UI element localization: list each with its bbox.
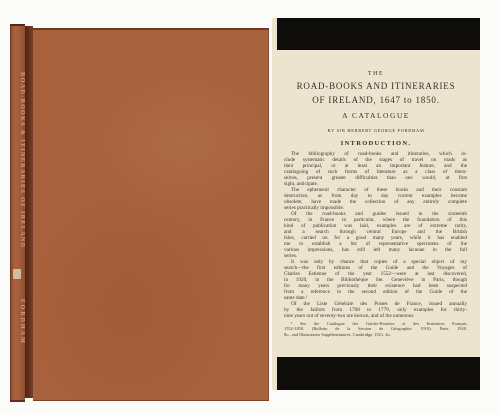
book-front-cover: [33, 28, 269, 401]
text-line: nine years out of seventy-two are known,…: [284, 313, 467, 319]
paragraph: The bibliography of road-books and itine…: [284, 151, 467, 187]
spine-author-text: FORDHAM: [10, 296, 25, 348]
book-hinge-groove: [25, 26, 33, 398]
paragraph: Of the road-books and guides issued in t…: [284, 211, 467, 259]
text-line: 8o., and Illustrations Supplémentaires. …: [284, 332, 467, 337]
title-line-main: ROAD-BOOKS AND ITINERARIES: [272, 81, 480, 91]
paragraph: The ephemeral character of these books a…: [284, 187, 467, 211]
spine-label: [13, 269, 21, 279]
scan-black-bar-bottom: [277, 357, 480, 390]
body-text: The bibliography of road-books and itine…: [284, 151, 467, 319]
book-spine: ROAD-BOOKS & ITINERARIES OF IRELAND FORD…: [10, 24, 25, 402]
subtitle-a-catalogue: A CATALOGUE: [272, 111, 480, 120]
title-line-the: THE: [272, 71, 480, 77]
spine-title-text: ROAD-BOOKS & ITINERARIES OF IRELAND: [10, 54, 25, 266]
author-byline: By Sir Herbert George Fordham: [272, 128, 480, 133]
title-line-dates: OF IRELAND, 1647 to 1850.: [272, 95, 480, 105]
paragraph: Of the Liste Générale des Postes de Fran…: [284, 301, 467, 319]
paragraph: It was only by chance that copies of a s…: [284, 259, 467, 301]
book-photo: ROAD-BOOKS & ITINERARIES OF IRELAND FORD…: [0, 0, 272, 415]
library-catalog-book-photo: ROAD-BOOKS & ITINERARIES OF IRELAND FORD…: [0, 0, 500, 415]
footnote: ¹ See the Catalogue des Guides-Routiers …: [284, 321, 467, 337]
text-line: various impressions, has still left many…: [284, 247, 467, 253]
section-heading-introduction: INTRODUCTION.: [272, 140, 480, 147]
text-line: 1552-1850. (Bulletin de la Section de Gé…: [284, 326, 467, 331]
title-page-scan: THE ROAD-BOOKS AND ITINERARIES OF IRELAN…: [272, 18, 480, 390]
scan-black-bar-top: [277, 18, 480, 50]
text-line: from a reference in the second edition o…: [284, 289, 467, 295]
